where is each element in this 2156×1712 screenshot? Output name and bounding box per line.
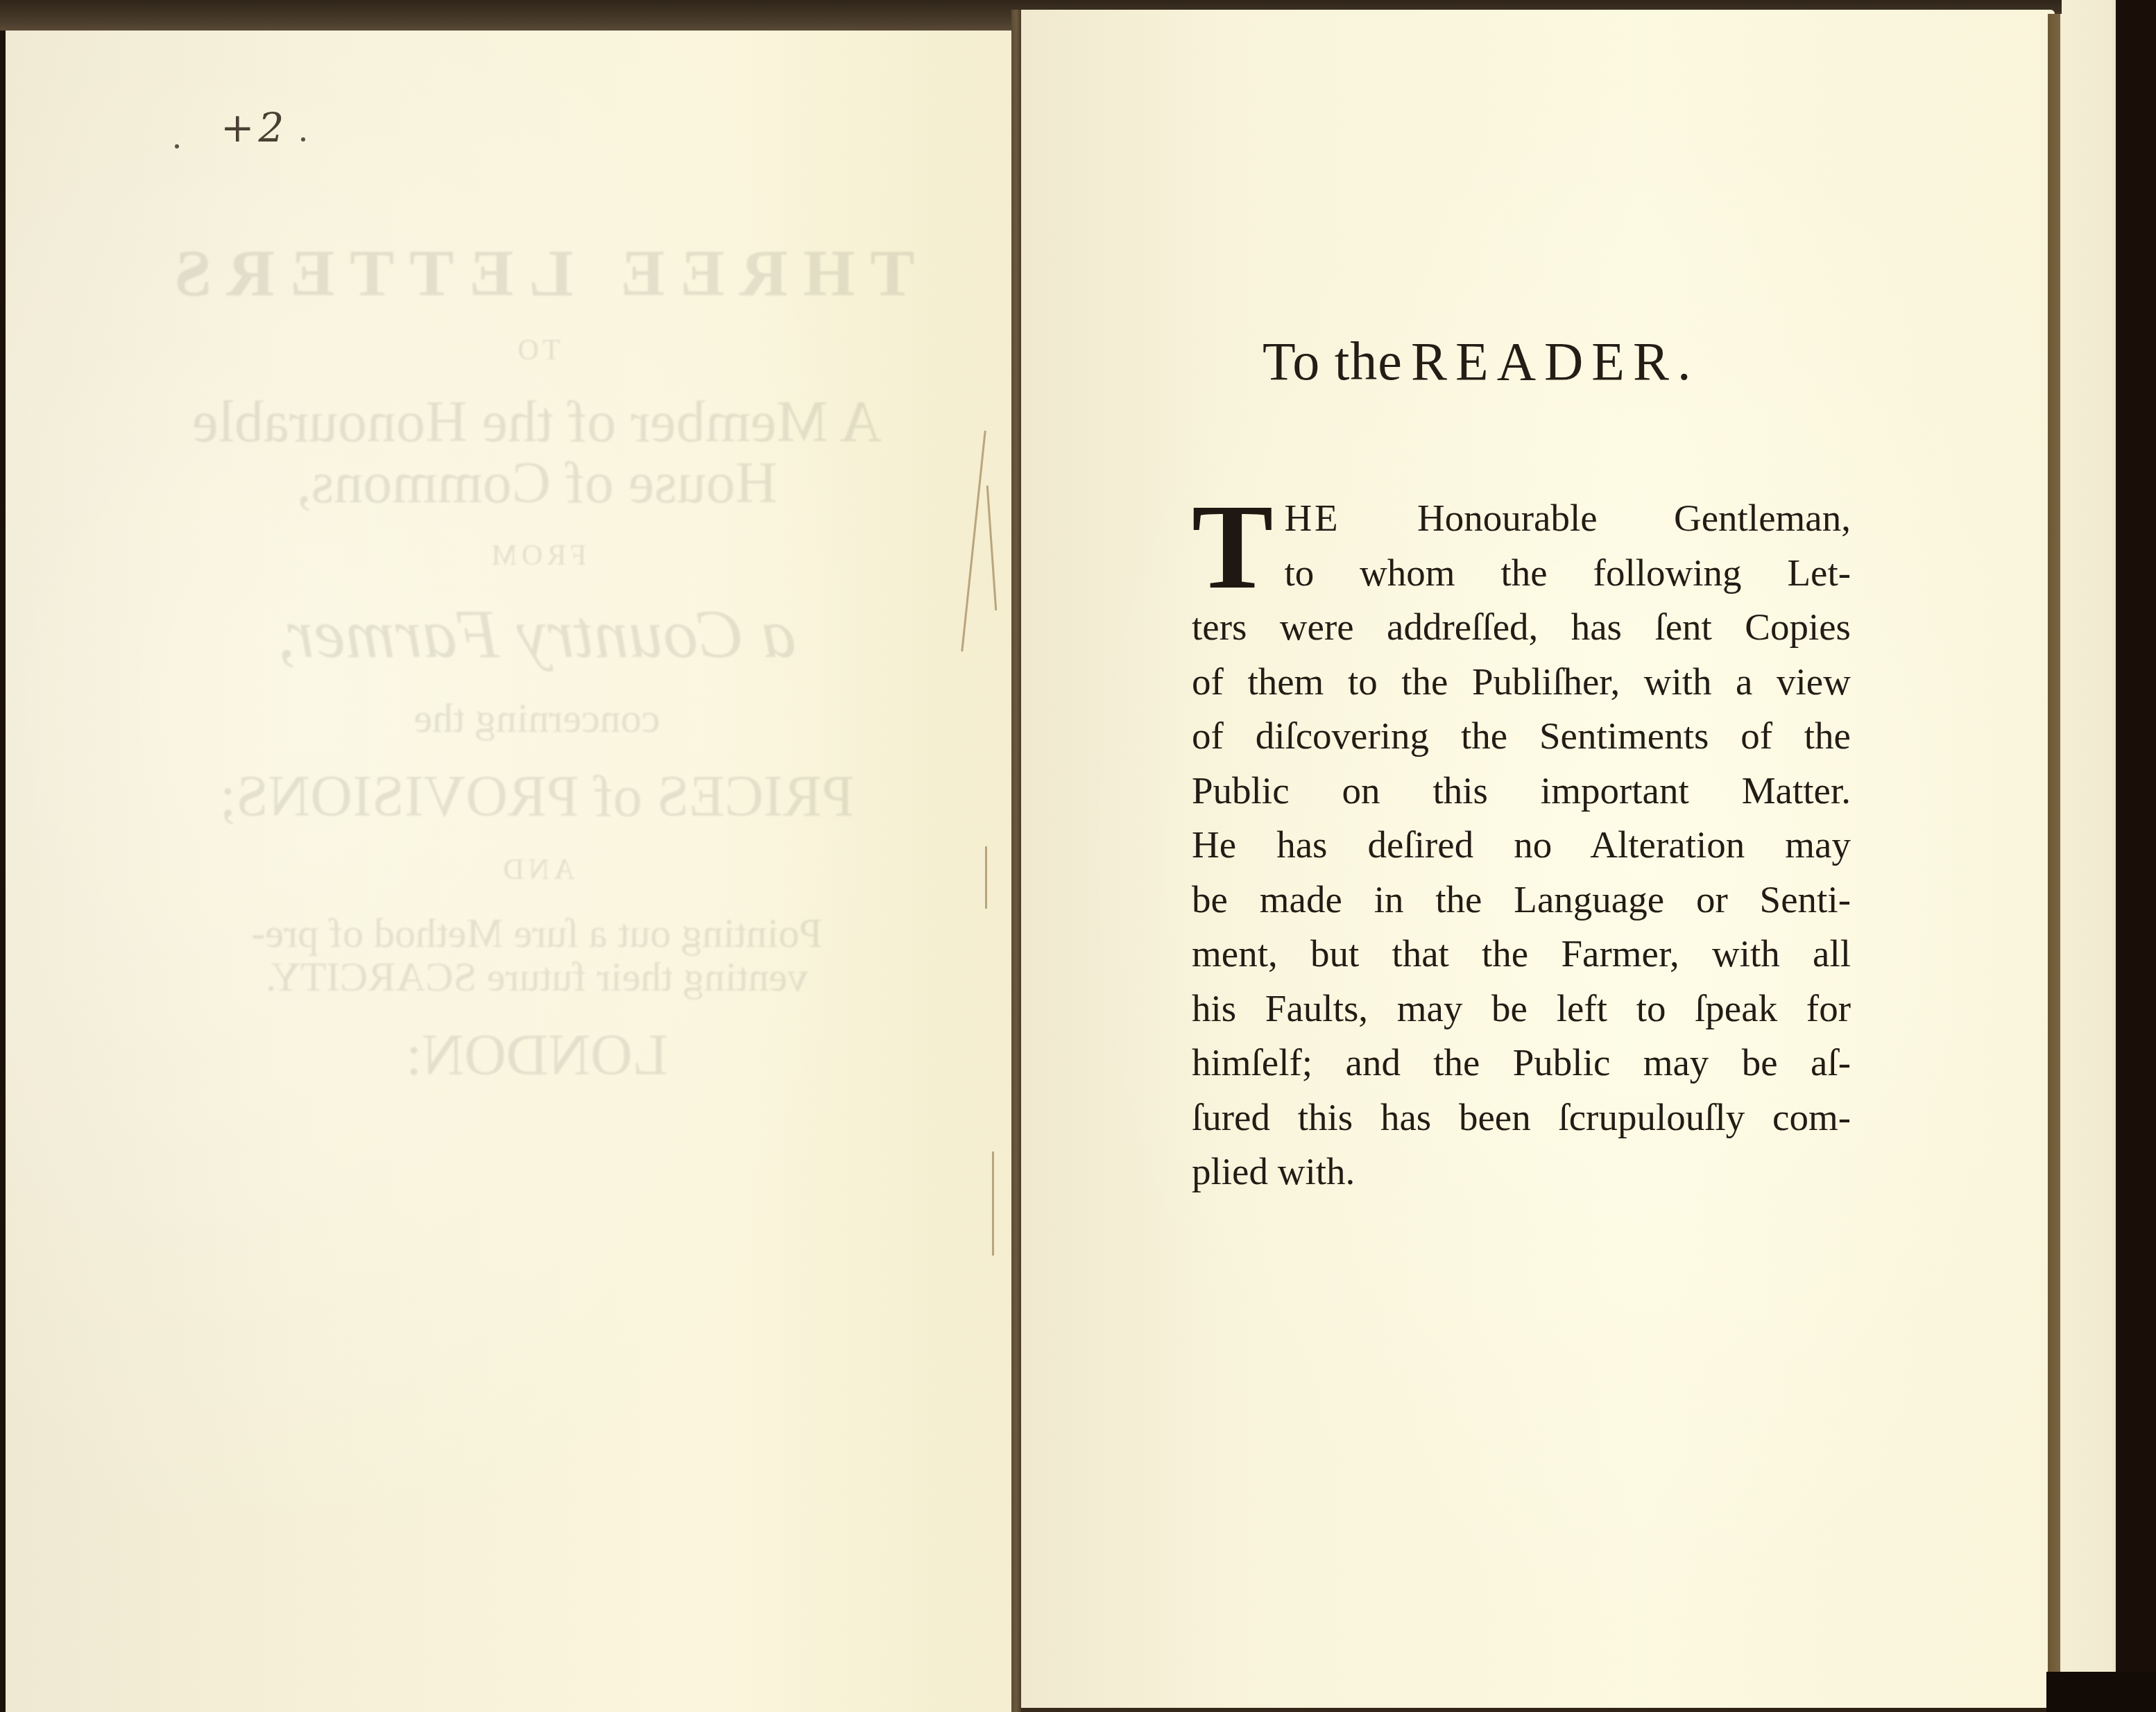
handwritten-number: 2 <box>259 104 289 151</box>
text-line: his Faults, may be left to ſpeak for <box>1192 982 1851 1036</box>
text-line: ters were addreſſed, has ſent Copies <box>1192 600 1851 655</box>
title-prefix: To the <box>1263 331 1403 391</box>
right-cover-edge <box>2116 0 2156 1712</box>
text-line: ſured this has been ſcrupulouſly com- <box>1192 1090 1851 1145</box>
flyleaf-edge <box>2062 0 2117 1679</box>
handwritten-shelf-mark: +2 <box>221 104 289 151</box>
text-line: be made in the Language or Senti- <box>1192 873 1851 927</box>
text-line: ment, but that the Farmer, with all <box>1192 927 1851 982</box>
text-line: to whom the following Let- <box>1192 546 1851 601</box>
page-title: To theREADER. <box>1263 330 1700 393</box>
text-line: himſelf; and the Public may be aſ- <box>1192 1036 1851 1090</box>
text-line: Public on this important Matter. <box>1192 764 1851 819</box>
show-through-ghost-text: THREE LETTERS TO A Member of the Honoura… <box>155 239 918 1113</box>
preface-text: T HE Honourable Gentleman, to whom the f… <box>1192 491 1851 1199</box>
ink-dot <box>175 144 179 148</box>
drop-cap: T <box>1192 495 1273 599</box>
text-line: plied with. <box>1192 1145 1851 1199</box>
title-main: READER. <box>1411 331 1700 391</box>
paper-tear-mark <box>992 1152 994 1256</box>
plus-mark-icon: + <box>221 104 259 151</box>
gutter-spine <box>1011 10 1021 1712</box>
paper-tear-mark <box>985 846 987 909</box>
text-line: of them to the Publiſher, with a view <box>1192 655 1851 710</box>
left-cover-edge <box>0 31 6 1712</box>
text-line: of diſcovering the Sentiments of the <box>1192 709 1851 764</box>
bottom-cover-corner <box>2046 1672 2156 1712</box>
left-page: THREE LETTERS TO A Member of the Honoura… <box>3 31 1021 1712</box>
text-line: He has deſired no Alteration may <box>1192 818 1851 873</box>
book-scan: THREE LETTERS TO A Member of the Honoura… <box>0 0 2156 1712</box>
text-line: HE Honourable Gentleman, <box>1192 491 1851 546</box>
ink-dot <box>301 137 305 142</box>
